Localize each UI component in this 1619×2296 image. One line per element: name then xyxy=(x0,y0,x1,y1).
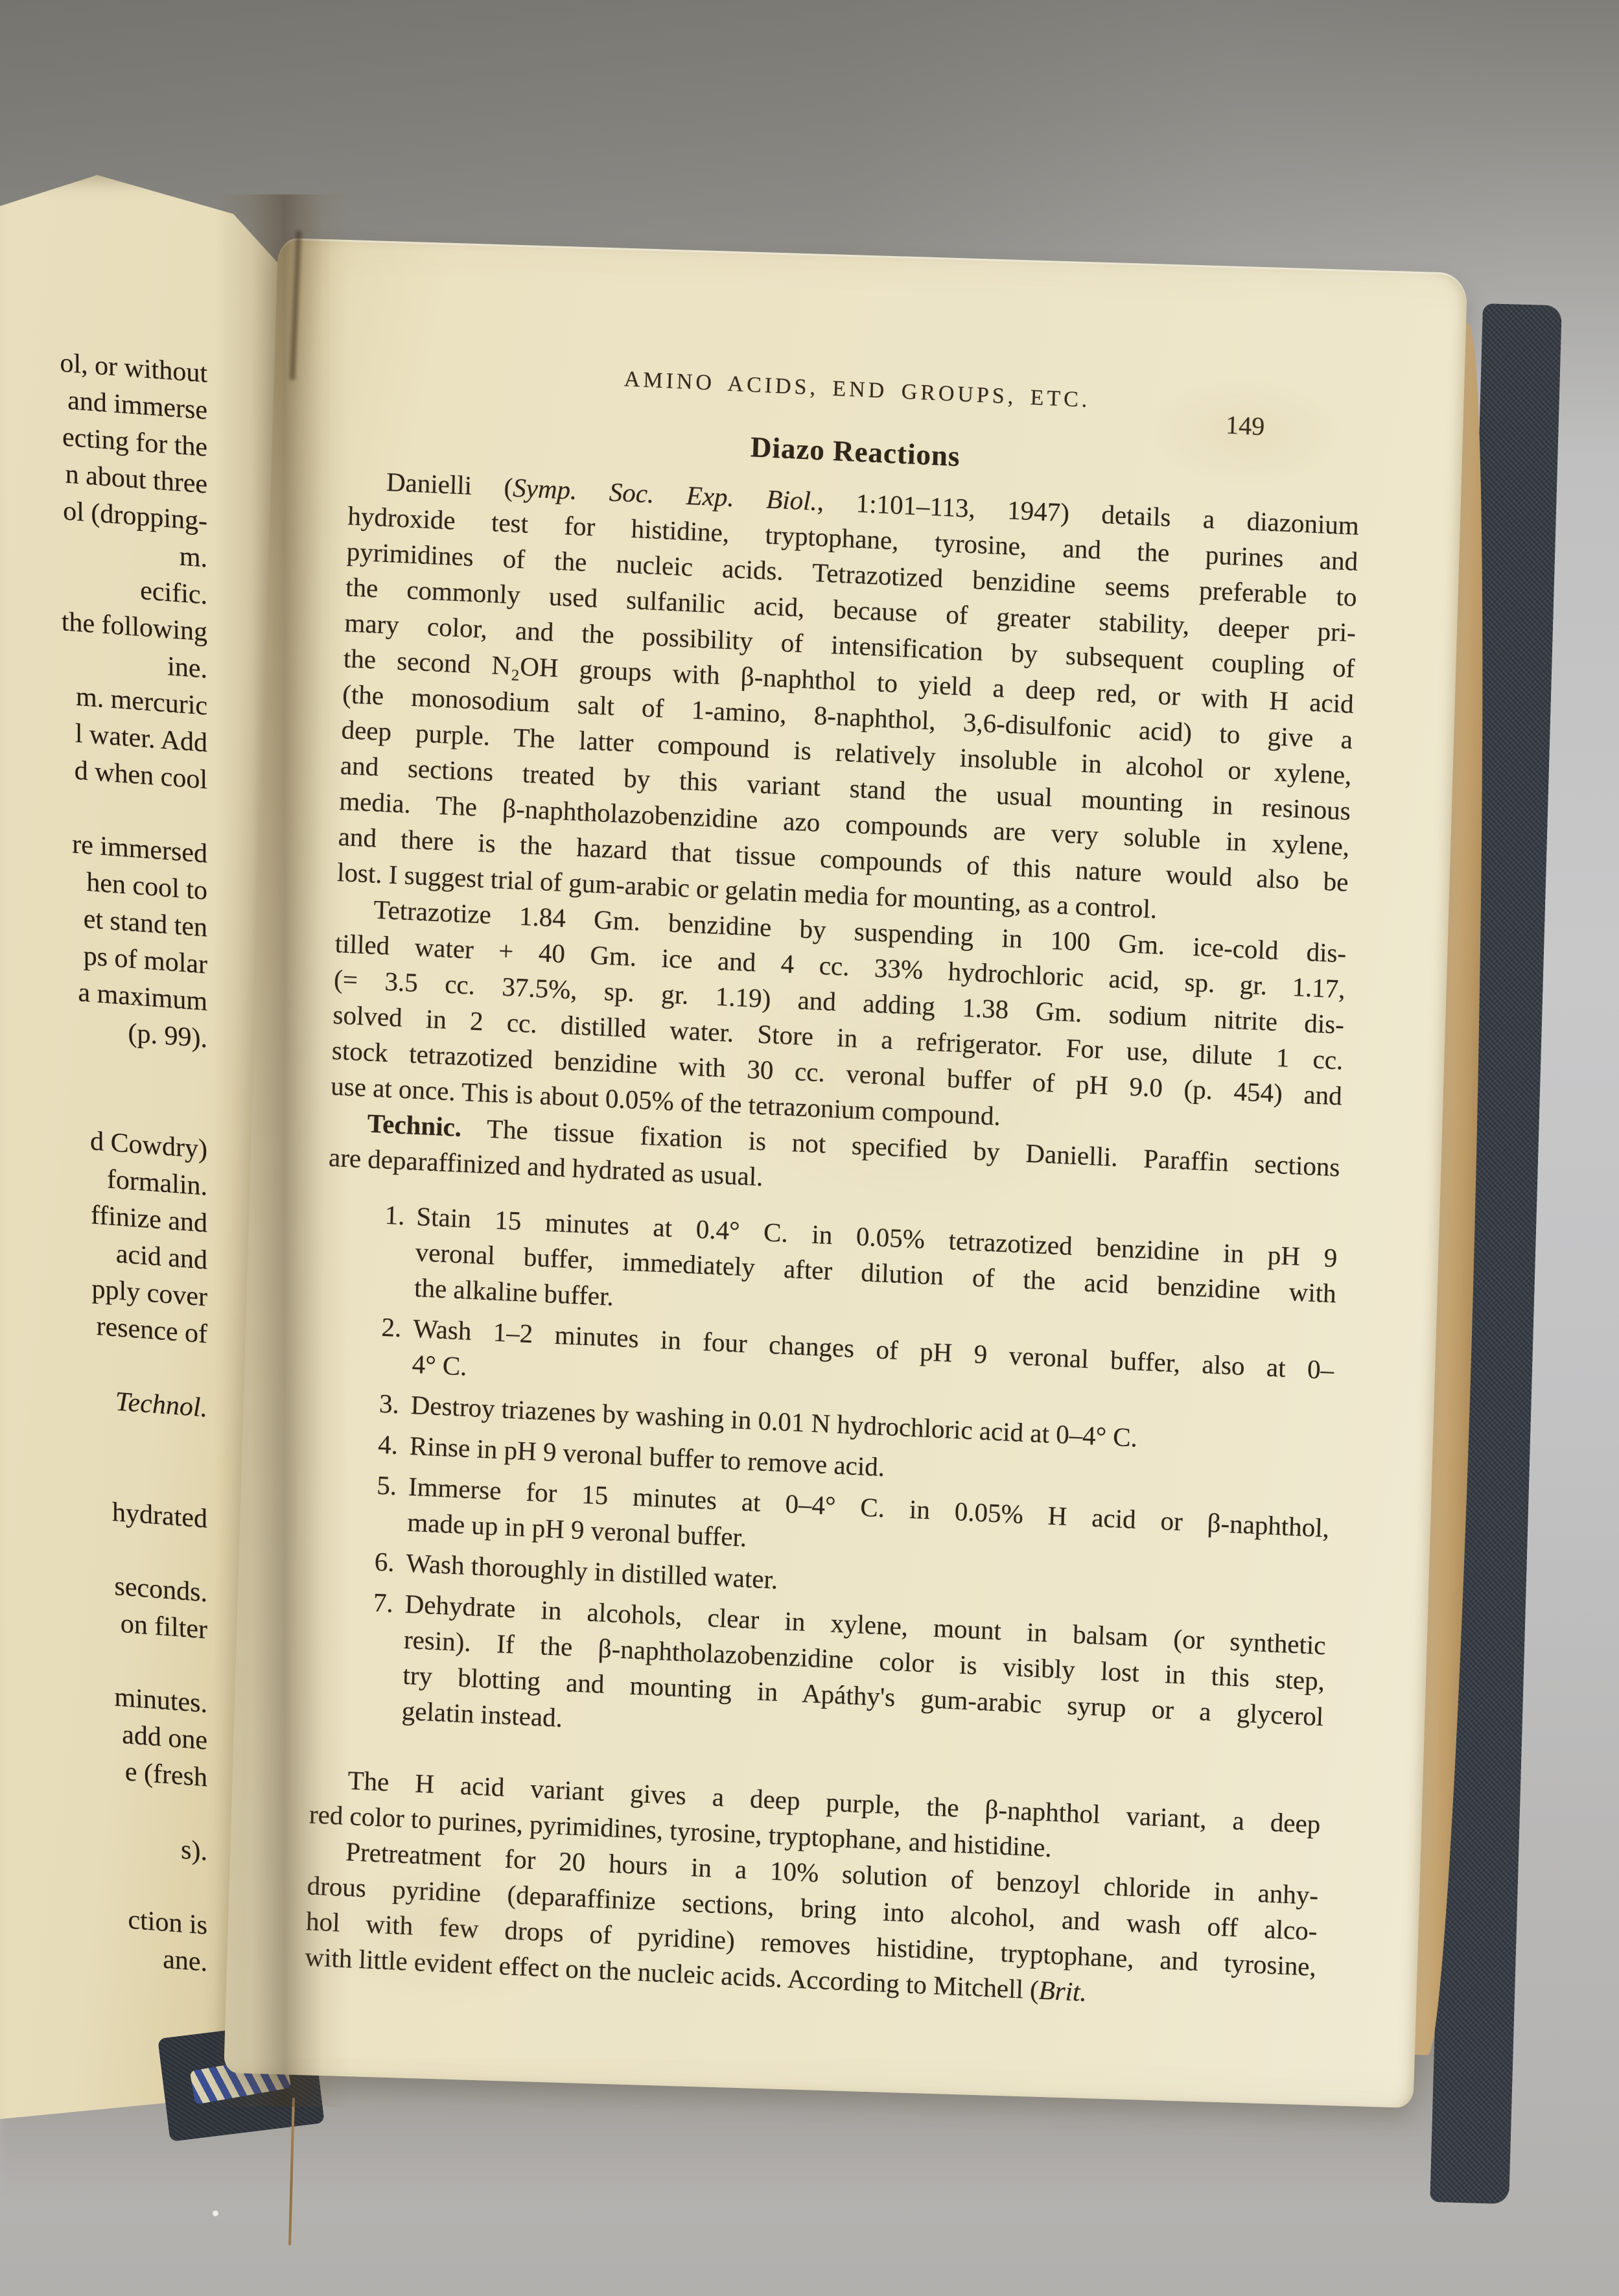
page-number: 149 xyxy=(1225,407,1265,445)
left-page-text-fragments: ol, or withoutand immerseecting for then… xyxy=(0,339,207,1982)
step-number: 6. xyxy=(358,1543,407,1580)
step-number: 1. xyxy=(366,1197,417,1306)
step-number: 2. xyxy=(364,1309,413,1382)
step-number: 5. xyxy=(359,1466,409,1540)
step-number: 4. xyxy=(361,1425,410,1463)
open-book-photo: ol, or withoutand immerseecting for then… xyxy=(0,0,1619,2296)
procedure-list: 1.Stain 15 minutes at 0.4° C. in 0.05% t… xyxy=(312,1195,1338,1770)
dust-speck xyxy=(213,2210,218,2216)
right-page: AMINO ACIDS, END GROUPS, ETC. 149 Diazo … xyxy=(224,238,1467,2108)
right-page-text-block: AMINO ACIDS, END GROUPS, ETC. 149 Diazo … xyxy=(305,349,1363,2021)
step-number: 3. xyxy=(362,1385,412,1423)
step-number: 7. xyxy=(353,1584,405,1728)
paragraph-danielli: Danielli (Symp. Soc. Exp. Biol., 1:101–1… xyxy=(336,462,1359,935)
